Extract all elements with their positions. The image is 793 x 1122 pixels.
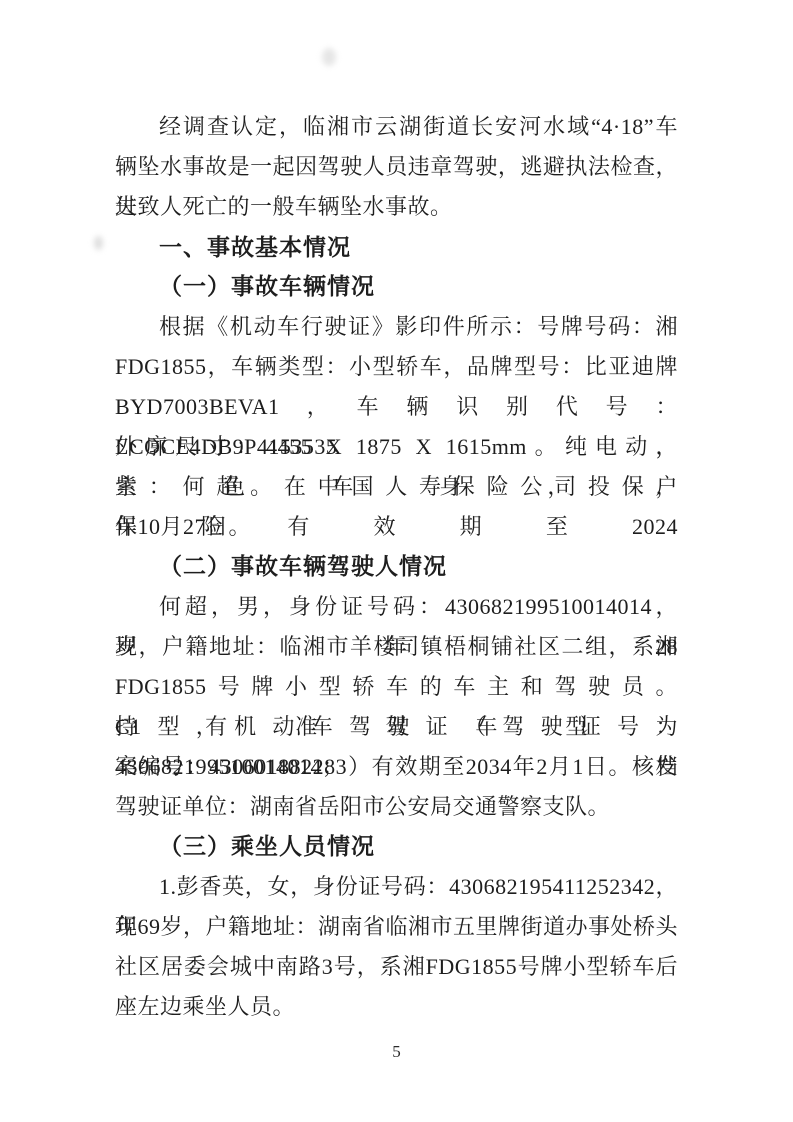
- scan-smudge: [94, 236, 103, 250]
- text-line: 驾驶证单位：湖南省岳阳市公安局交通警察支队。: [115, 787, 678, 827]
- text-line: 岁，户籍地址：临湘市羊楼司镇梧桐铺社区二组，系湘: [115, 627, 678, 667]
- document-page: 经调查认定，临湘市云湖街道长安河水域“4·18”车辆坠水事故是一起因驾驶人员违章…: [0, 0, 793, 1122]
- scan-smudge: [322, 48, 336, 66]
- text-line: 经调查认定，临湘市云湖街道长安河水域“4·18”车: [115, 107, 678, 147]
- subsection-heading: （一）事故车辆情况: [115, 267, 678, 307]
- section-heading: 一、事故基本情况: [115, 227, 678, 267]
- subsection-heading: （二）事故车辆驾驶人情况: [115, 547, 678, 587]
- text-line: C1型，机动车驾驶证（驾驶证号：430682199510014014；档: [115, 707, 678, 747]
- document-body: 经调查认定，临湘市云湖街道长安河水域“4·18”车辆坠水事故是一起因驾驶人员违章…: [115, 107, 678, 1027]
- text-line: 案编号：430601882283）有效期至2034年2月1日。核发: [115, 747, 678, 787]
- text-line: 辆坠水事故是一起因驾驶人员违章驾驶，逃避执法检查，过: [115, 147, 678, 187]
- text-line: FDG1855，车辆类型：小型轿车，品牌型号：比亚迪牌: [115, 347, 678, 387]
- text-line: FDG1855号牌小型轿车的车主和驾驶员。持有准驾车型为: [115, 667, 678, 707]
- text-line: 主：何超。在中国人寿保险公司投保，保险有效期至2024: [115, 467, 678, 507]
- text-line: 社区居委会城中南路3号，系湘FDG1855号牌小型轿车后: [115, 947, 678, 987]
- text-line: 座左边乘坐人员。: [115, 987, 678, 1027]
- text-line: BYD7003BEVA1，车辆识别代号：LCOCE4DB9P4153535，: [115, 387, 678, 427]
- text-line: 失致人死亡的一般车辆坠水事故。: [115, 187, 678, 227]
- text-line: 何超，男，身份证号码：430682199510014014，现年28: [115, 587, 678, 627]
- text-line: 1.彭香英，女，身份证号码：430682195411252342，现: [115, 867, 678, 907]
- text-line: 外廓尺寸：4455 X 1875 X 1615mm。纯电动，紫色车身，户: [115, 427, 678, 467]
- page-number: 5: [0, 1040, 793, 1064]
- subsection-heading: （三）乘坐人员情况: [115, 827, 678, 867]
- text-line: 年69岁，户籍地址：湖南省临湘市五里牌街道办事处桥头: [115, 907, 678, 947]
- text-line: 根据《机动车行驶证》影印件所示：号牌号码：湘: [115, 307, 678, 347]
